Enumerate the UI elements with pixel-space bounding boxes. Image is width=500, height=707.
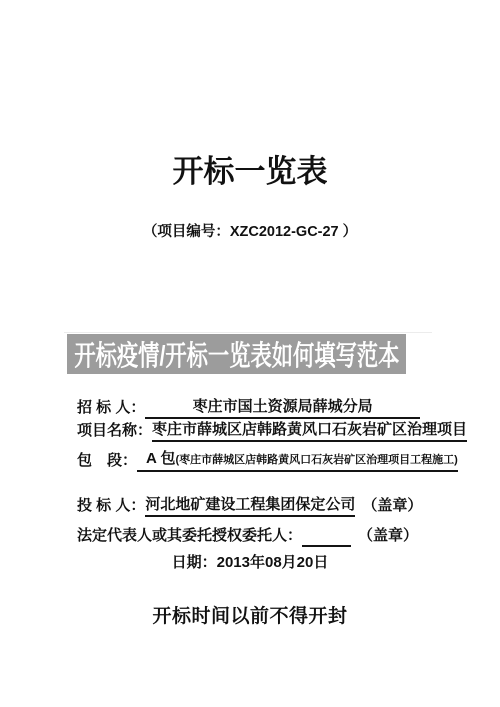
field-row-bidder: 投 标 人： 河北地矿建设工程集团保定公司 （盖章） xyxy=(77,496,418,517)
bid-section-value-underline: A 包(枣庄市薛城区店韩路黄风口石灰岩矿区治理项目工程施工) xyxy=(137,450,458,472)
divider-line xyxy=(64,332,432,333)
promo-banner[interactable]: 开标疫情/开标一览表如何填写范本 xyxy=(67,334,406,374)
tenderee-value: 枣庄市国土资源局薛城分局 xyxy=(193,398,373,415)
field-row-tenderee: 招 标 人： 枣庄市国土资源局薛城分局 xyxy=(77,398,420,419)
bid-section-value-main: A 包 xyxy=(146,450,175,467)
legal-representative-label: 法定代表人或其委托授权委托人： xyxy=(77,527,302,547)
tenderee-value-underline: 枣庄市国土资源局薛城分局 xyxy=(145,398,420,419)
field-row-project-name: 项目名称： 枣庄市薛城区店韩路黄风口石灰岩矿区治理项目 xyxy=(77,421,420,442)
field-row-legal-representative: 法定代表人或其委托授权委托人： （盖章） xyxy=(77,526,418,547)
project-name-value: 枣庄市薛城区店韩路黄风口石灰岩矿区治理项目 xyxy=(152,421,467,438)
footer-notice: 开标时间以前不得开封 xyxy=(0,601,500,628)
bidder-value-underline: 河北地矿建设工程集团保定公司 xyxy=(145,496,355,517)
project-name-value-underline: 枣庄市薛城区店韩路黄风口石灰岩矿区治理项目 xyxy=(152,421,467,442)
document-page: 开标一览表 （项目编号：XZC2012-GC-27 ） 开标疫情/开标一览表如何… xyxy=(0,0,500,707)
bid-section-label: 包 段： xyxy=(77,452,137,472)
document-title: 开标一览表 xyxy=(0,146,500,191)
legal-representative-value-underline xyxy=(302,526,351,547)
date-line: 日期：2013年08月20日 xyxy=(0,551,500,572)
bidder-label: 投 标 人： xyxy=(77,497,145,517)
bid-section-value-detail: (枣庄市薛城区店韩路黄风口石灰岩矿区治理项目工程施工) xyxy=(175,454,457,466)
bidder-seal-note: （盖章） xyxy=(362,497,422,517)
field-row-bid-section: 包 段： A 包(枣庄市薛城区店韩路黄风口石灰岩矿区治理项目工程施工) xyxy=(77,450,425,472)
tenderee-label: 招 标 人： xyxy=(77,399,145,419)
promo-banner-text: 开标疫情/开标一览表如何填写范本 xyxy=(74,334,399,374)
bidder-value: 河北地矿建设工程集团保定公司 xyxy=(145,496,355,513)
legal-representative-seal-note: （盖章） xyxy=(358,527,418,547)
project-number-line: （项目编号：XZC2012-GC-27 ） xyxy=(0,220,500,241)
project-name-label: 项目名称： xyxy=(77,422,152,442)
